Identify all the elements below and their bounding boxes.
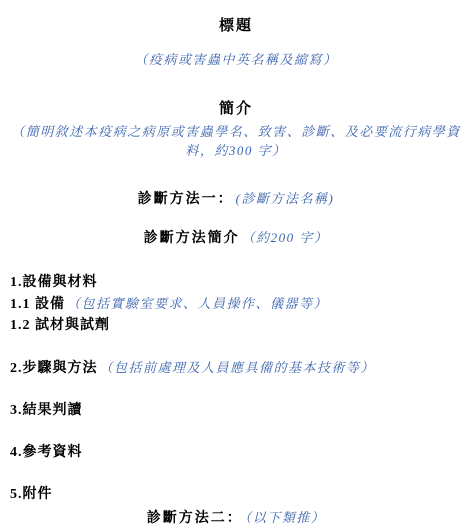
section-label: 1.設備與材料 — [10, 275, 98, 290]
method-intro-note: （約200 字） — [242, 230, 329, 245]
method-intro-label: 診斷方法簡介 — [144, 231, 240, 246]
section-list: 1.設備與材料 1.1 設備（包括實驗室要求、人員操作、儀器等） 1.2 試材與… — [0, 272, 472, 505]
section-item-4: 4.參考資料 — [10, 442, 472, 463]
section-label: 2.步驟與方法 — [10, 361, 98, 376]
method2-note: （以下類推） — [245, 510, 326, 525]
section-label: 3.結果判讀 — [10, 403, 83, 418]
section-label: 1.1 設備 — [10, 297, 65, 312]
method1-label: 診斷方法一： — [138, 192, 234, 207]
section-item-5: 5.附件 — [10, 484, 472, 505]
document-page: 標題 （疫病或害蟲中英名稱及縮寫） 簡介 （簡明敘述本疫病之病原或害蟲學名、致害… — [0, 0, 472, 527]
section-item-1-1: 1.1 設備（包括實驗室要求、人員操作、儀器等） — [10, 293, 472, 315]
method2-line: 診斷方法二：（以下類推） — [0, 507, 472, 527]
doc-title: 標題 — [0, 0, 472, 35]
section-item-2: 2.步驟與方法（包括前處理及人員應具備的基本技術等） — [10, 357, 472, 379]
method-intro-line: 診斷方法簡介（約200 字） — [0, 227, 472, 247]
section-item-1-2: 1.2 試材與試劑 — [10, 315, 472, 336]
section-label: 1.2 試材與試劑 — [10, 318, 110, 333]
title-note: （疫病或害蟲中英名稱及縮寫） — [0, 49, 472, 68]
method2-label: 診斷方法二： — [147, 511, 243, 526]
section-note: （包括前處理及人員應具備的基本技術等） — [100, 360, 376, 375]
method1-line: 診斷方法一：(診斷方法名稱) — [0, 188, 472, 208]
section-item-3: 3.結果判讀 — [10, 400, 472, 421]
method1-note: (診斷方法名稱) — [236, 191, 335, 206]
intro-note: （簡明敘述本疫病之病原或害蟲學名、致害、診斷、及必要流行病學資料，約300 字） — [0, 122, 472, 160]
section-label: 4.參考資料 — [10, 445, 83, 460]
intro-heading: 簡介 — [0, 97, 472, 118]
section-item-1: 1.設備與材料 — [10, 272, 472, 293]
section-note: （包括實驗室要求、人員操作、儀器等） — [67, 296, 328, 311]
section-label: 5.附件 — [10, 487, 53, 502]
